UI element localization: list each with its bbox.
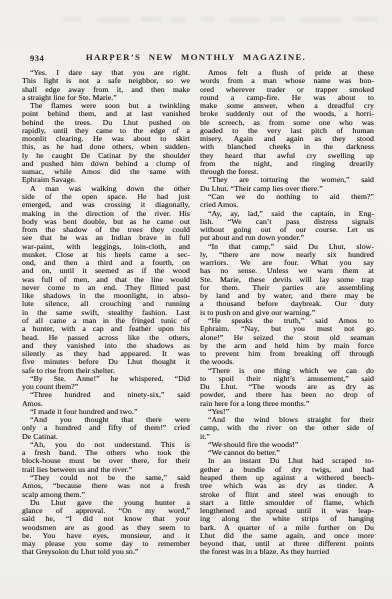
text-line: Ephraim Savage. — [22, 176, 190, 184]
text-line: said he, “I did not know that your — [22, 515, 190, 523]
bleed-through-mark — [352, 17, 378, 21]
text-columns: “Yes. I dare say that you are right.This… — [22, 69, 374, 557]
text-line: may please you some day to remember — [22, 540, 190, 548]
text-line: from the night, and ringing drearily — [200, 160, 374, 168]
text-line: ly, “there are now nearly six hundred — [200, 251, 374, 259]
text-line: heaped them up against a withered beech- — [200, 474, 374, 482]
text-line: “In that camp,” said Du Lhut, slow- — [200, 243, 374, 251]
text-line: ored wherever trader or trapper smoked — [200, 86, 374, 94]
text-line: moonlit clearing. He was about to skirt — [22, 135, 190, 143]
text-line: was full of men, and that the line would — [22, 276, 190, 284]
text-line: alone!” He seized the stout old seaman — [200, 334, 374, 342]
text-line: and they vanished into the shadows as — [22, 342, 190, 350]
text-line: “Three hundred and ninety-six,” said — [22, 391, 190, 399]
text-line: ing along the white strips of hanging — [200, 515, 374, 523]
text-line: the forest was in a blaze. As they hurri… — [200, 548, 374, 556]
text-line: only a hundred and fifty of them!” cried — [22, 424, 190, 432]
text-line: like shadows in the moonlight, in abso- — [22, 292, 190, 300]
text-line: shall edge away from it, and then make — [22, 86, 190, 94]
text-line: rain here for a long three months.” — [200, 400, 374, 408]
text-line: “Ah, you do not understand. This is — [22, 441, 190, 449]
text-line: “Yes!” — [200, 408, 374, 416]
text-line: Du Lhut. “The woods are as dry as — [200, 383, 374, 391]
text-line: cried Amos. — [200, 201, 374, 209]
text-line: you count them?” — [22, 383, 190, 391]
text-line: ble screech, as from some one who was — [200, 119, 374, 127]
text-line: point behind them, and at last vanished — [22, 110, 190, 118]
text-line: to prevent him from breaking off through — [200, 350, 374, 358]
text-line: goaded to the very last pitch of human — [200, 127, 374, 135]
text-line: is to push on and give our warning.” — [200, 309, 374, 317]
text-line: tree which was as dry as tinder. A — [200, 482, 374, 490]
text-line: Lhut did the same again, and once more — [200, 532, 374, 540]
bleed-through-mark — [300, 18, 342, 22]
text-line: “By Ste. Anne!” he whispered. “Did — [22, 375, 190, 383]
page-number: 934 — [30, 53, 44, 63]
text-line: trail lies between us and the river.” — [22, 466, 190, 474]
text-line: making in the direction of the river. Hi… — [22, 210, 190, 218]
text-line: by the arm and held him by main force — [200, 342, 374, 350]
text-line: a straight line for Ste. Marie.” — [22, 94, 190, 102]
bleed-through-mark — [170, 18, 186, 22]
text-line: silently as they had appeared. It was — [22, 350, 190, 358]
left-column: “Yes. I dare say that you are right.This… — [22, 69, 190, 557]
text-line: ly he caught De Catinat by the shoulder — [22, 152, 190, 160]
text-line: beyond that, until at three different po… — [200, 540, 374, 548]
text-line: lute silence, all crouching and running — [22, 300, 190, 308]
text-line: De Catinat. — [22, 433, 190, 441]
text-line: “And you thought that there were — [22, 416, 190, 424]
text-line: “We cannot do better.” — [200, 449, 374, 457]
text-line: war-paint, with leggings, loin-cloth, an… — [22, 243, 190, 251]
bleed-through-mark — [63, 17, 81, 21]
text-line: never come to an end. They flitted past — [22, 284, 190, 292]
text-line: block-house must be over there, for thei… — [22, 457, 190, 465]
text-line: make some answer, when a dreadful cry — [200, 102, 374, 110]
text-line: misery. Again and again as they stood — [200, 135, 374, 143]
text-line: they heard that awful cry swelling up — [200, 152, 374, 160]
text-line: by land and by water, and there may be — [200, 292, 374, 300]
text-line: be. You have eyes, monsieur, and it — [22, 532, 190, 540]
text-line: scalp among them.” — [22, 491, 190, 499]
text-line: “He speaks the truth,” said Amos to — [200, 317, 374, 325]
bleed-through-mark — [96, 18, 130, 22]
text-line: from the shadow of the trees they could — [22, 226, 190, 234]
text-line: put about and run down yonder.” — [200, 234, 374, 242]
text-line: “We should fire the woods!” — [200, 441, 374, 449]
text-line: musket. Close at his heels came a sec- — [22, 251, 190, 259]
text-line: “Can we do nothing to aid them?” — [200, 193, 374, 201]
text-line: ond, and then a third and a fourth, on — [22, 259, 190, 267]
text-line: woodsmen are as good as they seem to — [22, 524, 190, 532]
text-line: a hunter, with a cap and feather upon hi… — [22, 325, 190, 333]
text-line: safe to rise from their shelter. — [22, 367, 190, 375]
text-line: five minutes before Du Lhut thought it — [22, 358, 190, 366]
text-line: for them. Their parties are assembling — [200, 284, 374, 292]
page-header: 934 HARPER’S NEW MONTHLY MAGAZINE. — [0, 52, 392, 64]
bleed-through-mark — [270, 17, 286, 21]
text-line: “They are torturing the women,” said — [200, 176, 374, 184]
text-line: gether a bundle of dry twigs, and had — [200, 466, 374, 474]
bleed-through-mark — [200, 17, 215, 21]
text-line: powder, and there has been no drop of — [200, 391, 374, 399]
text-line: to spoil their night’s amusement,” said — [200, 375, 374, 383]
magazine-title: HARPER’S NEW MONTHLY MAGAZINE. — [0, 52, 392, 62]
right-column: Amos felt a flush of pride at thesewords… — [200, 69, 374, 557]
text-line: behind the trees. Du Lhut pushed on — [22, 119, 190, 127]
text-line: a thousand before daybreak. Our duty — [200, 300, 374, 308]
text-line: of all came a man in the fringed tunic o… — [22, 317, 190, 325]
scanned-magazine-page: 934 HARPER’S NEW MONTHLY MAGAZINE. “Yes.… — [0, 0, 392, 599]
text-line: Du Lhut gave the young hunter a — [22, 499, 190, 507]
text-line: Ephraim. “Nay, but you must not go — [200, 325, 374, 333]
text-line: This light is not a safe neighbor, so we — [22, 77, 190, 85]
text-line: Ste. Marie, these devils will lay some t… — [200, 276, 374, 284]
text-line: and on, until it seemed as if the wood — [22, 267, 190, 275]
text-line: see that he was an Indian brave in full — [22, 234, 190, 242]
text-line: stroke of flint and steel was enough to — [200, 491, 374, 499]
text-line: body was bent double, but as he came out — [22, 218, 190, 226]
text-line: lengthened and spread until it was leap- — [200, 507, 374, 515]
text-line: without going out of our course. Let us — [200, 226, 374, 234]
text-line: lish. “We can’t pass distress signals — [200, 218, 374, 226]
text-line: round a camp-fire. He was about to — [200, 94, 374, 102]
text-line: side of the open space. He had just — [22, 193, 190, 201]
text-line: “And the wind blows straight for their — [200, 416, 374, 424]
text-line: it.” — [200, 433, 374, 441]
bleed-through-mark — [230, 18, 260, 22]
text-line: camp, with the river on the other side o… — [200, 424, 374, 432]
text-line: Du Lhut. “Their camp lies over there.” — [200, 185, 374, 193]
text-line: “Yes. I dare say that you are right. — [22, 69, 190, 77]
text-line: Amos felt a flush of pride at these — [200, 69, 374, 77]
text-line: a fresh band. The others who took the — [22, 449, 190, 457]
text-line: rapidly, until they came to the edge of … — [22, 127, 190, 135]
text-line: glance of approval. “On my word,” — [22, 507, 190, 515]
text-line: head. He passed across like the others, — [22, 334, 190, 342]
text-line: through the forest. — [200, 168, 374, 176]
text-line: sumac, while Amos did the same with — [22, 168, 190, 176]
text-line: bark. A quarter of a mile further on Du — [200, 524, 374, 532]
text-line: “They could not be the same,” said — [22, 474, 190, 482]
text-line: the woods. — [200, 358, 374, 366]
text-line: this, as he had done others, when sudden… — [22, 143, 190, 151]
text-line: broke suddenly out of the woods, a horri… — [200, 110, 374, 118]
text-line: The flames were soon but a twinkling — [22, 102, 190, 110]
text-line: warriors. We are four. What you say — [200, 259, 374, 267]
text-line: Amos. — [22, 400, 190, 408]
bleed-through-mark — [141, 17, 161, 21]
text-line: “I made it four hundred and two.” — [22, 408, 190, 416]
text-line: “Ay, ay, lad,” said the captain, in Eng- — [200, 210, 374, 218]
text-line: has no sense. Unless we warn them at — [200, 267, 374, 275]
text-line: A man was walking down the other — [22, 185, 190, 193]
text-line: that Greysolon du Lhut told you so.” — [22, 548, 190, 556]
text-line: “There is one thing which we can do — [200, 367, 374, 375]
text-line: emerged, and was crossing it diagonally, — [22, 201, 190, 209]
text-line: Amos, “because there was not a fresh — [22, 482, 190, 490]
text-line: in the same swift, stealthy fashion. Las… — [22, 309, 190, 317]
text-line: and pushed him down behind a clump of — [22, 160, 190, 168]
text-line: In an instant Du Lhut had scraped to- — [200, 457, 374, 465]
text-line: start a little smoulder of flame, which — [200, 499, 374, 507]
text-line: words from a man whose name was hon- — [200, 77, 374, 85]
text-line: with blanched cheeks in the darkness — [200, 143, 374, 151]
